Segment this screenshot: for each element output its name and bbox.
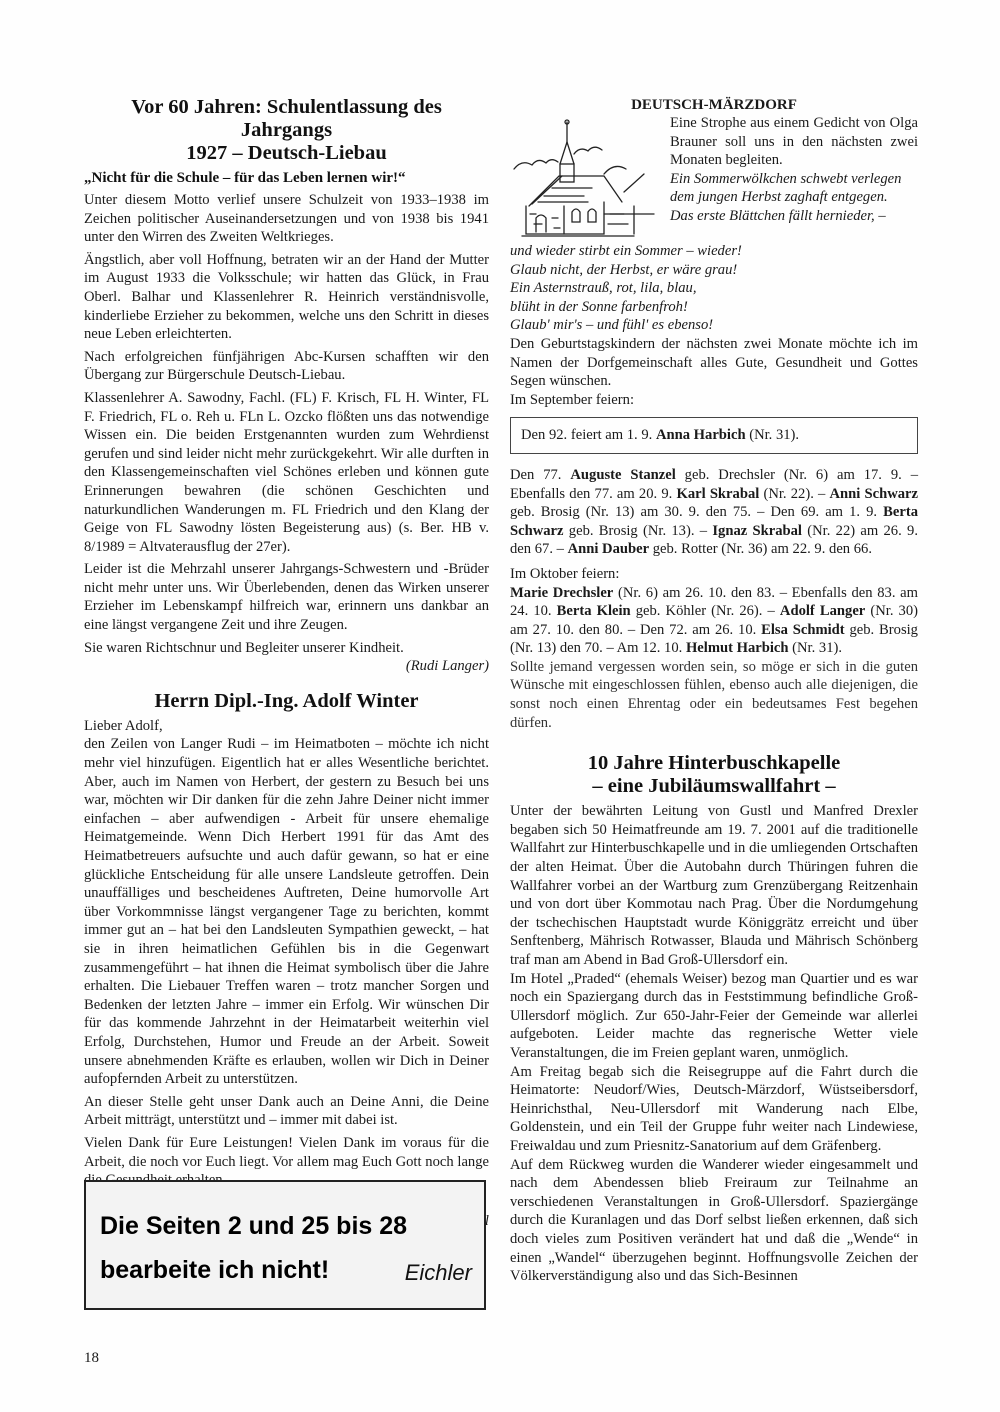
notice-box: Die Seiten 2 und 25 bis 28 bearbeite ich… — [84, 1180, 486, 1310]
closing-paragraph: Sollte jemand vergessen worden sein, so … — [510, 658, 918, 732]
entry-text: Den 77. — [510, 467, 570, 483]
salutation: Lieber Adolf, — [84, 717, 489, 736]
entry-text: geb. Brosig (Nr. 13) am 30. 9. den 75. –… — [510, 504, 883, 520]
october-label: Im Oktober feiern: — [510, 565, 918, 584]
paragraph: den Zeilen von Langer Rudi – im Heimatbo… — [84, 735, 489, 1088]
article-title: Herrn Dipl.-Ing. Adolf Winter — [84, 690, 489, 713]
poem-line: Ein Asternstrauß, rot, lila, blau, — [510, 279, 918, 298]
notice-line-1: Die Seiten 2 und 25 bis 28 — [100, 1212, 407, 1241]
title-line-1: Vor 60 Jahren: Schulentlassung des Jahrg… — [131, 96, 442, 141]
entry-name: Adolf Langer — [780, 603, 865, 619]
paragraph: Klassenlehrer A. Sawodny, Fachl. (FL) F.… — [84, 389, 489, 556]
section-title: DEUTSCH-MÄRZDORF — [510, 96, 918, 114]
paragraph: Am Freitag begab sich die Reisegruppe au… — [510, 1063, 918, 1156]
entry-name: Marie Drechsler — [510, 585, 613, 601]
paragraph: Sie waren Richtschnur und Begleiter unse… — [84, 639, 489, 658]
chapel-drawing-icon — [504, 114, 664, 242]
article-hinterbuschkapelle: 10 Jahre Hinterbuschkapelle – eine Jubil… — [510, 752, 918, 1285]
september-birthdays: Den 77. Auguste Stanzel geb. Drechsler (… — [510, 466, 918, 559]
title-line-1: 10 Jahre Hinterbuschkapelle — [588, 752, 840, 774]
notice-line-2: bearbeite ich nicht! — [100, 1256, 329, 1285]
poem-line: und wieder stirbt ein Sommer – wieder! — [510, 242, 918, 261]
paragraph: Nach erfolgreichen fünfjährigen Abc-Kurs… — [84, 348, 489, 385]
paragraph: Ängstlich, aber voll Hoffnung, betraten … — [84, 251, 489, 344]
paragraph: Unter der bewährten Leitung von Gustl un… — [510, 802, 918, 969]
entry-name: Helmut Harbich — [686, 640, 789, 656]
section-deutsch-maerzdorf: DEUTSCH-MÄRZDORF — [510, 96, 918, 732]
title-line-2: – eine Jubiläumswallfahrt – — [592, 775, 835, 797]
highlight-text: Den 92. feiert am 1. 9. — [521, 427, 656, 443]
highlight-text: (Nr. 31). — [746, 427, 800, 443]
article-title: Vor 60 Jahren: Schulentlassung des Jahrg… — [84, 96, 489, 165]
entry-name: Berta Klein — [557, 603, 631, 619]
paragraph: Auf dem Rückweg wurden die Wanderer wied… — [510, 1156, 918, 1286]
article-signature: (Rudi Langer) — [84, 657, 489, 676]
entry-text: geb. Köhler (Nr. 26). – — [631, 603, 780, 619]
poem-line: blüht in der Sonne farbenfroh! — [510, 298, 918, 317]
september-label: Im September feiern: — [510, 391, 918, 410]
entry-name: Auguste Stanzel — [570, 467, 675, 483]
entry-text: (Nr. 22). – — [759, 486, 829, 502]
entry-text: (Nr. 31). — [789, 640, 843, 656]
newsletter-page: Vor 60 Jahren: Schulentlassung des Jahrg… — [0, 0, 1000, 1412]
highlight-name: Anna Harbich — [656, 427, 746, 443]
october-birthdays: Marie Drechsler (Nr. 6) am 26. 10. den 8… — [510, 584, 918, 658]
article-title: 10 Jahre Hinterbuschkapelle – eine Jubil… — [510, 752, 918, 798]
poem-line: Glaub nicht, der Herbst, er wäre grau! — [510, 261, 918, 280]
left-column: Vor 60 Jahren: Schulentlassung des Jahrg… — [84, 96, 489, 1245]
highlight-birthday-box: Den 92. feiert am 1. 9. Anna Harbich (Nr… — [510, 417, 918, 454]
entry-text: geb. Rotter (Nr. 36) am 22. 9. den 66. — [649, 541, 872, 557]
paragraph: Unter diesem Motto verlief unsere Schulz… — [84, 191, 489, 247]
paragraph: Leider ist die Mehrzahl unserer Jahrgang… — [84, 560, 489, 634]
entry-name: Anni Dauber — [568, 541, 650, 557]
notice-author: Eichler — [405, 1260, 472, 1286]
title-line-2: 1927 – Deutsch-Liebau — [186, 142, 386, 164]
entry-name: Anni Schwarz — [829, 486, 918, 502]
right-column: DEUTSCH-MÄRZDORF — [510, 96, 918, 1286]
entry-name: Elsa Schmidt — [761, 622, 845, 638]
page-number: 18 — [84, 1350, 99, 1367]
article-adolf-winter: Herrn Dipl.-Ing. Adolf Winter Lieber Ado… — [84, 690, 489, 1231]
article-motto: „Nicht für die Schule – für das Leben le… — [84, 169, 489, 188]
entry-name: Karl Skrabal — [676, 486, 759, 502]
birthday-greeting: Den Geburtstagskindern der nächsten zwei… — [510, 335, 918, 391]
entry-name: Ignaz Skrabal — [712, 523, 802, 539]
article-school-graduation: Vor 60 Jahren: Schulentlassung des Jahrg… — [84, 96, 489, 676]
poem-line: Glaub' mir's – und fühl' es ebenso! — [510, 316, 918, 335]
paragraph: Im Hotel „Praded“ (ehemals Weiser) bezog… — [510, 970, 918, 1063]
paragraph: An dieser Stelle geht unser Dank auch an… — [84, 1093, 489, 1130]
entry-text: geb. Brosig (Nr. 13). – — [564, 523, 713, 539]
